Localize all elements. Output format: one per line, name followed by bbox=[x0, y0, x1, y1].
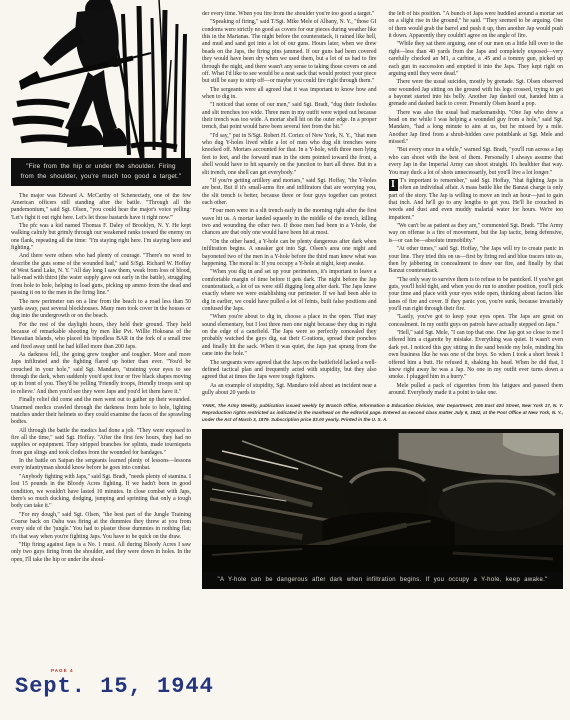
photo-caption: "A Y-hole can be dangerous after dark wh… bbox=[202, 572, 563, 589]
paragraph: "But every once in a while," warned Sgt.… bbox=[389, 147, 564, 176]
article-column-3: the left of his position. "A bunch of Ja… bbox=[389, 11, 564, 398]
paragraph: "Speaking of firing," said T/Sgt. Mike M… bbox=[202, 19, 377, 85]
paragraph: For the rest of the daylight hours, they… bbox=[11, 322, 191, 351]
paragraph: The sergeants were all agreed that it wa… bbox=[202, 87, 377, 102]
paragraph: "Four men were in a slit trench early in… bbox=[202, 208, 377, 237]
paragraph: "Hell," said Sgt. Mele, "I can top that … bbox=[389, 330, 564, 382]
paragraph: "When you dig in and set up your perimet… bbox=[202, 269, 377, 313]
paragraph-text: T's important to remember," said Sgt. Ho… bbox=[389, 178, 564, 221]
paragraph: "Anybody fighting with Japs," said Sgt. … bbox=[11, 474, 191, 511]
paragraph: "Hip firing against Japs is a No. 1 must… bbox=[11, 542, 191, 564]
paragraph: As an example of stupidity, Sgt. Mandaro… bbox=[202, 383, 377, 398]
text-columns: der every time. When you fire from the s… bbox=[202, 11, 563, 398]
paragraph: All through the battle the medics had do… bbox=[11, 428, 191, 457]
date-stamp: Sept. 15, 1944 bbox=[15, 674, 191, 699]
article-column-2: der every time. When you fire from the s… bbox=[202, 11, 377, 398]
paragraph: "I noticed that some of our men," said S… bbox=[202, 102, 377, 131]
paragraph: Mele pulled a pack of cigarettes from hi… bbox=[389, 383, 564, 398]
publication-notice: YANK, The Army Weekly, publication issue… bbox=[202, 403, 563, 424]
dropcap-paragraph: IT's important to remember," said Sgt. H… bbox=[389, 178, 564, 222]
soldier-sketch-image bbox=[11, 0, 191, 158]
dropcap-initial: I bbox=[389, 179, 398, 191]
paragraph: The sergeants were agreed that the Japs … bbox=[202, 360, 377, 382]
paragraph: There was also the usual bad marksmanshi… bbox=[389, 110, 564, 147]
paragraph: "I'd say," put in S/Sgt. Robert H. Corte… bbox=[202, 133, 377, 177]
page-number-label: PAGE 4 bbox=[51, 668, 191, 673]
right-section: der every time. When you fire from the s… bbox=[202, 0, 563, 699]
paragraph: "At other times," said Sgt. Hoffay, "the… bbox=[389, 246, 564, 275]
magazine-page: "Fire from the hip or under the shoulder… bbox=[0, 0, 570, 720]
battlefield-photo: "A Y-hole can be dangerous after dark wh… bbox=[202, 429, 563, 589]
battlefield-photo-image bbox=[202, 429, 563, 589]
paragraph: "The only way to survive them is to refu… bbox=[389, 277, 564, 314]
soldier-illustration bbox=[11, 0, 191, 158]
paragraph: "For my dough," said Sgt. Olsen, "the be… bbox=[11, 512, 191, 541]
paragraph: "When you're about to dig in, choose a p… bbox=[202, 314, 377, 358]
paragraph: The major was Edward A. McCarthy of Sche… bbox=[11, 193, 191, 222]
paragraph: "If you're getting artillery and mortars… bbox=[202, 178, 377, 207]
paragraph: In the battle on Saipan the sergeants le… bbox=[11, 458, 191, 473]
paragraph: der every time. When you fire from the s… bbox=[202, 11, 377, 18]
left-column: "Fire from the hip or under the shoulder… bbox=[11, 0, 191, 699]
paragraph: "Lastly, you've got to keep your eyes op… bbox=[389, 314, 564, 329]
paragraph: Finally relief did come and the men went… bbox=[11, 397, 191, 426]
paragraph: The pfc was a kid named Thomas F. Daley … bbox=[11, 223, 191, 252]
paragraph: the left of his position. "A bunch of Ja… bbox=[389, 11, 564, 40]
footer-left: PAGE 4 Sept. 15, 1944 bbox=[11, 668, 191, 699]
paragraph: "While they sat there arguing, one of ou… bbox=[389, 41, 564, 78]
paragraph: As darkness fell, the going grew tougher… bbox=[11, 352, 191, 396]
article-column-1: The major was Edward A. McCarthy of Sche… bbox=[11, 193, 191, 663]
paragraph: "On the other hand, a Y-hole can be plen… bbox=[202, 239, 377, 268]
paragraph: The new perimeter ran on a line from the… bbox=[11, 299, 191, 321]
paragraph: There were the usual suicides, mostly by… bbox=[389, 79, 564, 108]
illustration-caption: "Fire from the hip or under the shoulder… bbox=[11, 158, 191, 186]
paragraph: "We can't be as patient as they are," co… bbox=[389, 223, 564, 245]
page-content: "Fire from the hip or under the shoulder… bbox=[0, 0, 570, 699]
paragraph: And there were others who had plenty of … bbox=[11, 253, 191, 297]
